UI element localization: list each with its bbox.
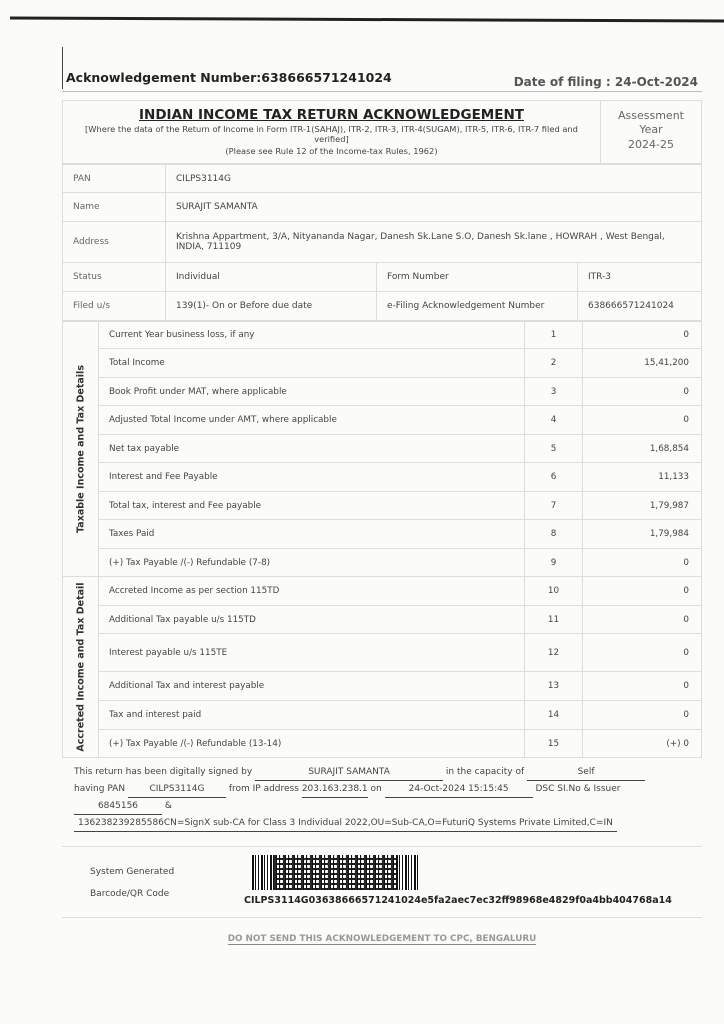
row-number: 10 <box>525 577 583 606</box>
table-row: (+) Tax Payable /(-) Refundable (7-8)90 <box>63 549 702 577</box>
row-description: Interest payable u/s 115TE <box>99 634 525 672</box>
row-number: 11 <box>525 606 583 634</box>
dsc-issuer: 136238239285586CN=SignX sub-CA for Class… <box>74 815 617 832</box>
row-description: Current Year business loss, if any <box>99 322 525 349</box>
assessment-year: Assessment Year 2024-25 <box>601 101 701 163</box>
title-subtitle: [Where the data of the Return of Income … <box>71 124 592 145</box>
table-row: Taxes Paid81,79,984 <box>63 520 702 549</box>
signer-pan: CILPS3114G <box>128 781 226 798</box>
row-description: Accreted Income as per section 115TD <box>99 577 525 606</box>
sign-datetime: 24-Oct-2024 15:15:45 <box>385 781 533 798</box>
row-number: 3 <box>525 378 583 406</box>
row-number: 7 <box>525 492 583 520</box>
row-value: 0 <box>583 577 702 606</box>
table-row: Net tax payable51,68,854 <box>63 435 702 463</box>
row-value: 0 <box>583 606 702 634</box>
row-value: 0 <box>583 322 702 349</box>
row-number: 8 <box>525 520 583 549</box>
form-number-value: ITR-3 <box>578 263 702 292</box>
row-value: 15,41,200 <box>583 349 702 378</box>
filed-us-value: 139(1)- On or Before due date <box>166 292 377 321</box>
signer-capacity: Self <box>527 764 645 781</box>
dsc-serial: 6845156 <box>74 798 162 815</box>
accreted-section-label: Accreted Income and Tax Detail <box>63 577 99 758</box>
barcode-image <box>252 855 418 890</box>
row-description: Book Profit under MAT, where applicable <box>99 378 525 406</box>
table-row: Interest and Fee Payable611,133 <box>63 463 702 492</box>
row-description: Taxes Paid <box>99 520 525 549</box>
row-description: Total tax, interest and Fee payable <box>99 492 525 520</box>
acknowledgement-page: Acknowledgement Number:638666571241024 D… <box>62 55 702 945</box>
table-row: Total Income215,41,200 <box>63 349 702 378</box>
ack-header: Acknowledgement Number:638666571241024 D… <box>62 55 702 92</box>
row-value: 0 <box>583 701 702 730</box>
row-number: 5 <box>525 435 583 463</box>
footer-notice: DO NOT SEND THIS ACKNOWLEDGEMENT TO CPC,… <box>62 926 702 945</box>
signature-block: This return has been digitally signed by… <box>62 764 702 832</box>
row-number: 15 <box>525 730 583 758</box>
row-number: 14 <box>525 701 583 730</box>
table-row: Additional Tax payable u/s 115TD110 <box>63 606 702 634</box>
signer-name: SURAJIT SAMANTA <box>255 764 443 781</box>
barcode-text: CILPS3114G03638666571241024e5fa2aec7ec32… <box>244 895 672 906</box>
row-number: 13 <box>525 672 583 701</box>
ip-address: 203.163.238.1 <box>302 781 368 798</box>
row-number: 12 <box>525 634 583 672</box>
table-row: Accreted Income and Tax DetailAccreted I… <box>63 577 702 606</box>
address-value: Krishna Appartment, 3/A, Nityananda Naga… <box>166 222 702 263</box>
row-value: 11,133 <box>583 463 702 492</box>
row-value: 0 <box>583 634 702 672</box>
name-value: SURAJIT SAMANTA <box>166 193 702 222</box>
row-value: 0 <box>583 549 702 577</box>
row-value: 0 <box>583 672 702 701</box>
row-number: 6 <box>525 463 583 492</box>
document-title: INDIAN INCOME TAX RETURN ACKNOWLEDGEMENT <box>71 107 592 123</box>
taxable-section-label: Taxable Income and Tax Details <box>63 322 99 577</box>
table-row: Additional Tax and interest payable130 <box>63 672 702 701</box>
row-description: Additional Tax payable u/s 115TD <box>99 606 525 634</box>
row-value: (+) 0 <box>583 730 702 758</box>
row-description: Total Income <box>99 349 525 378</box>
row-description: Adjusted Total Income under AMT, where a… <box>99 406 525 435</box>
barcode-section: System Generated Barcode/QR Code CILPS31… <box>62 846 702 918</box>
filing-date: Date of filing : 24-Oct-2024 <box>514 75 698 89</box>
pan-value: CILPS3114G <box>166 165 702 193</box>
title-box: INDIAN INCOME TAX RETURN ACKNOWLEDGEMENT… <box>62 100 702 164</box>
row-number: 2 <box>525 349 583 378</box>
row-value: 0 <box>583 406 702 435</box>
table-row: Tax and interest paid140 <box>63 701 702 730</box>
row-description: Interest and Fee Payable <box>99 463 525 492</box>
row-description: Additional Tax and interest payable <box>99 672 525 701</box>
taxpayer-info-table: PANCILPS3114G NameSURAJIT SAMANTA Addres… <box>62 164 702 321</box>
tax-details-table: Taxable Income and Tax DetailsCurrent Ye… <box>62 321 702 758</box>
status-value: Individual <box>166 263 377 292</box>
table-row: Taxable Income and Tax DetailsCurrent Ye… <box>63 322 702 349</box>
table-row: Adjusted Total Income under AMT, where a… <box>63 406 702 435</box>
row-value: 1,68,854 <box>583 435 702 463</box>
row-number: 9 <box>525 549 583 577</box>
table-row: Total tax, interest and Fee payable71,79… <box>63 492 702 520</box>
title-rule-note: (Please see Rule 12 of the Income-tax Ru… <box>71 146 592 156</box>
row-value: 0 <box>583 378 702 406</box>
ack-number: Acknowledgement Number:638666571241024 <box>66 70 392 85</box>
row-description: Tax and interest paid <box>99 701 525 730</box>
assessment-year-value: 2024-25 <box>601 138 701 152</box>
row-number: 1 <box>525 322 583 349</box>
row-description: (+) Tax Payable /(-) Refundable (13-14) <box>99 730 525 758</box>
row-value: 1,79,987 <box>583 492 702 520</box>
scan-edge-line <box>10 16 724 22</box>
table-row: Book Profit under MAT, where applicable3… <box>63 378 702 406</box>
table-row: Interest payable u/s 115TE120 <box>63 634 702 672</box>
row-number: 4 <box>525 406 583 435</box>
row-description: Net tax payable <box>99 435 525 463</box>
efiling-ack-value: 638666571241024 <box>578 292 702 321</box>
row-value: 1,79,984 <box>583 520 702 549</box>
row-description: (+) Tax Payable /(-) Refundable (7-8) <box>99 549 525 577</box>
table-row: (+) Tax Payable /(-) Refundable (13-14)1… <box>63 730 702 758</box>
